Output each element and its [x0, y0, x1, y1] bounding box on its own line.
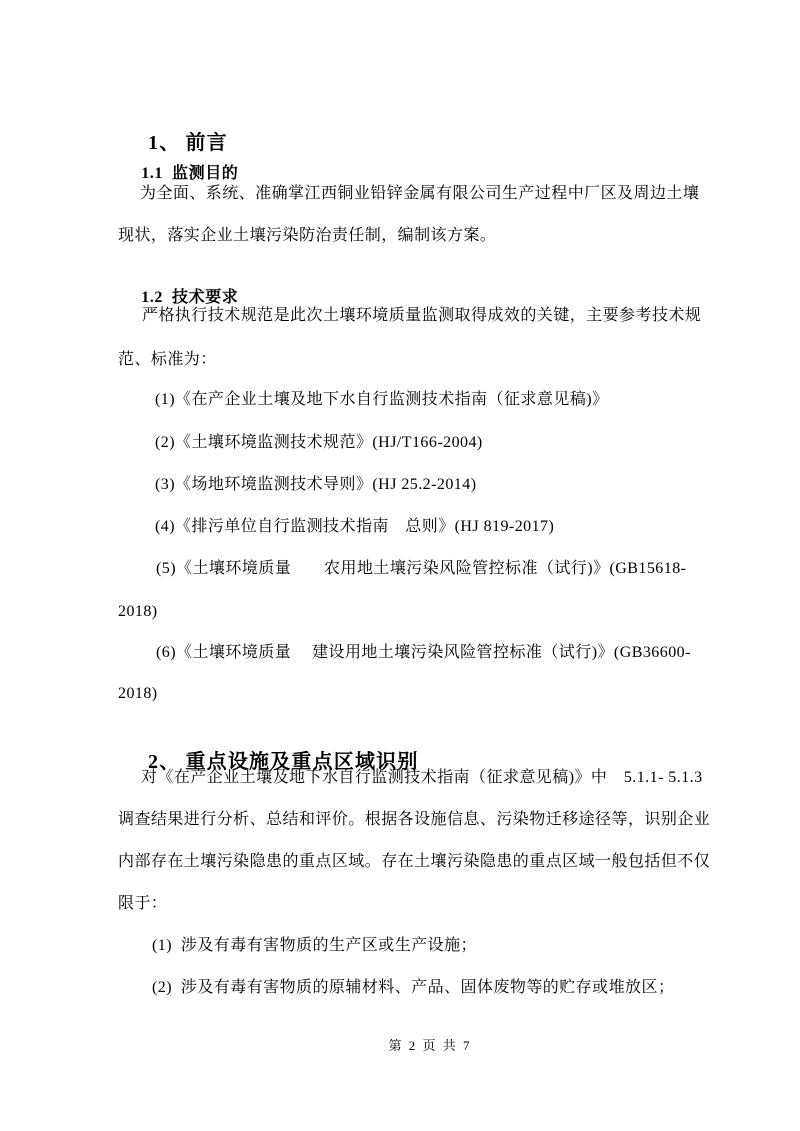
reference-item-1: (1)《在产企业土壤及地下水自行监测技术指南（征求意见稿)》 — [155, 390, 609, 410]
key-facilities-line-3: 内部存在土壤污染隐患的重点区域。存在土壤污染隐患的重点区域一般包括但不仅 — [118, 852, 710, 872]
subsection-1-1-number: 1.1 — [141, 165, 163, 182]
key-area-item-1: (1) 涉及有毒有害物质的生产区或生产设施； — [152, 936, 477, 956]
reference-item-5-line-2: 2018) — [118, 602, 158, 622]
monitoring-purpose-line-1: 为全面、系统、准确掌江西铜业铅锌金属有限公司生产过程中厂区及周边土壤 — [140, 184, 699, 204]
key-area-item-2: (2) 涉及有毒有害物质的原辅材料、产品、固体废物等的贮存或堆放区； — [152, 978, 674, 998]
subsection-1-2-number: 1.2 — [141, 289, 163, 306]
monitoring-purpose-line-2: 现状，落实企业土壤污染防治责任制，编制该方案。 — [118, 226, 496, 246]
reference-item-4: (4)《排污单位自行监测技术指南 总则》(HJ 819-2017) — [155, 517, 554, 537]
reference-item-5-line-1: (5)《土壤环境质量 农用地土壤污染风险管控标准（试行)》(GB15618- — [156, 559, 686, 579]
key-facilities-line-1: 对《在产企业土壤及地下水自行监测技术指南（征求意见稿)》中 5.1.1- 5.1… — [141, 768, 703, 788]
reference-item-6-line-2: 2018) — [118, 684, 158, 704]
reference-item-2: (2)《土壤环境监测技术规范》(HJ/T166-2004) — [155, 433, 483, 453]
key-facilities-line-2: 调查结果进行分析、总结和评价。根据各设施信息、污染物迁移途径等，识别企业 — [118, 810, 710, 830]
technical-requirements-line-2: 范、标准为： — [118, 350, 217, 370]
subsection-1-1-title: 监测目的 — [172, 165, 238, 182]
key-facilities-line-4: 限于： — [118, 894, 167, 914]
subsection-1-2-title: 技术要求 — [172, 289, 238, 306]
technical-requirements-line-1: 严格执行技术规范是此次土壤环境质量监测取得成效的关键，主要参考技术规 — [142, 306, 701, 326]
reference-item-6-line-1: (6)《土壤环境质量 建设用地土壤污染风险管控标准（试行)》(GB36600- — [156, 643, 691, 663]
page-number-footer: 第 2 页 共 7 — [120, 1038, 740, 1054]
document-page: 1、前言 1.1监测目的 为全面、系统、准确掌江西铜业铅锌金属有限公司生产过程中… — [0, 0, 800, 1131]
reference-item-3: (3)《场地环境监测技术导则》(HJ 25.2-2014) — [155, 475, 476, 495]
